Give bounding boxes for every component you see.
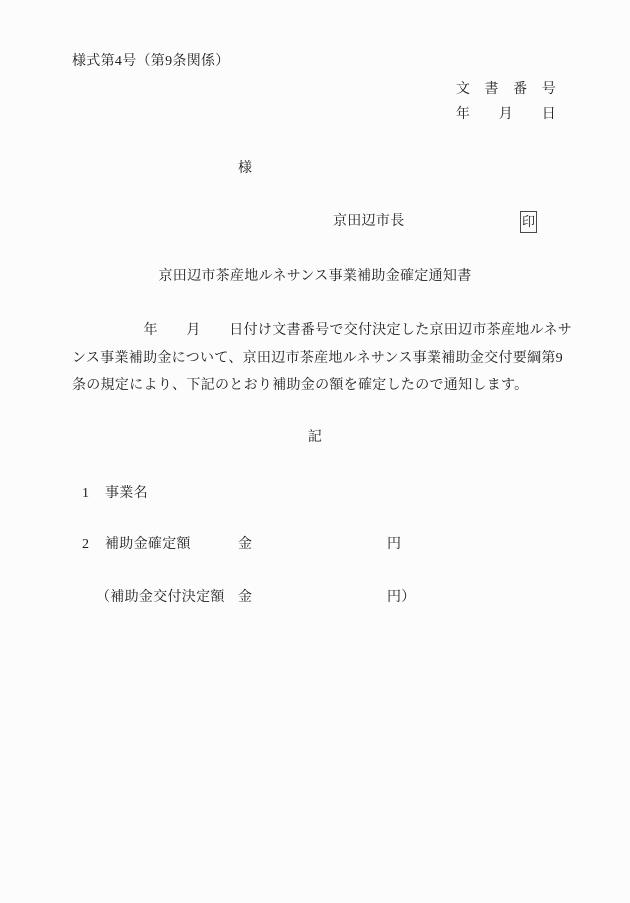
issuer-title: 京田辺市長	[333, 214, 405, 230]
item-2-currency-suffix: 円	[387, 537, 401, 553]
item-2-row: 2 補助金確定額 金 円	[0, 537, 630, 554]
item-2-number: 2	[82, 537, 89, 553]
item-2-note-label: （補助金交付決定額	[96, 590, 225, 606]
item-1-row: 1 事業名	[0, 486, 630, 503]
body-paragraph-line-2: ンス事業補助金について、京田辺市茶産地ルネサンス事業補助金交付要綱第9	[72, 351, 563, 367]
item-1-number: 1	[82, 486, 89, 502]
form-number-label: 様式第4号（第9条関係）	[72, 54, 230, 70]
document-number-label: 文 書 番 号	[456, 82, 556, 98]
record-marker: 記	[0, 430, 630, 446]
item-2-label: 補助金確定額	[105, 537, 191, 553]
document-page: 様式第4号（第9条関係） 文 書 番 号 年 月 日 様 京田辺市長 印 京田辺…	[0, 0, 630, 903]
item-2-note-currency-prefix: 金	[238, 590, 252, 606]
body-paragraph-line-3: 条の規定により、下記のとおり補助金の額を確定したので通知します。	[72, 378, 528, 394]
body-paragraph-line-1: 年 月 日付け文書番号で交付決定した京田辺市茶産地ルネサ	[72, 323, 572, 339]
item-2-currency-prefix: 金	[238, 537, 252, 553]
seal-stamp-box: 印	[520, 211, 537, 233]
date-label: 年 月 日	[456, 107, 556, 123]
item-2-note-row: （補助金交付決定額 金 円）	[0, 590, 630, 607]
item-1-label: 事業名	[105, 486, 148, 502]
item-2-note-currency-suffix: 円）	[387, 590, 416, 606]
recipient-honorific: 様	[238, 161, 252, 177]
document-title: 京田辺市茶産地ルネサンス事業補助金確定通知書	[0, 269, 630, 285]
seal-label: 印	[522, 214, 535, 229]
